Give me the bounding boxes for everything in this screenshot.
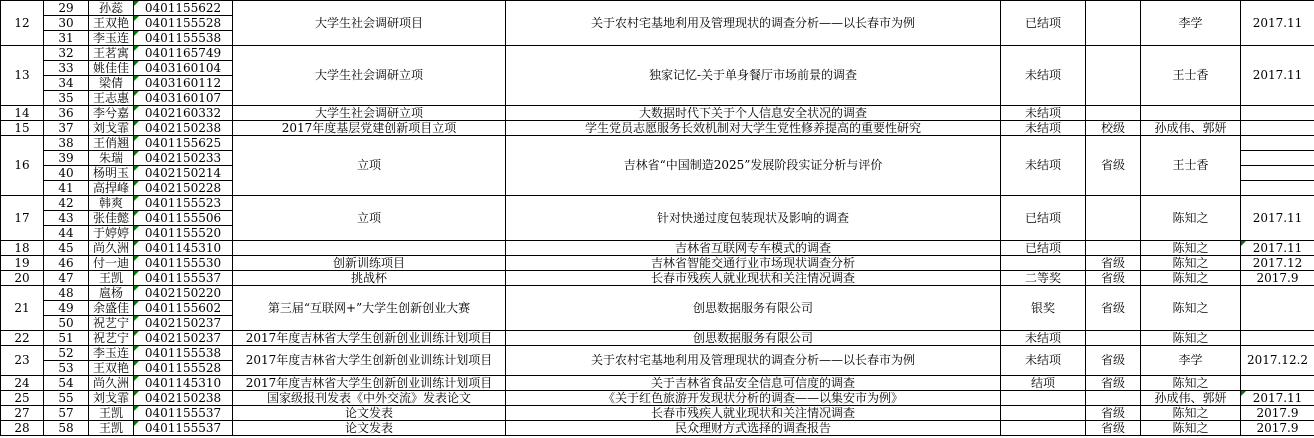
sequence-cell-text: 44 [58,226,73,240]
project-type-cell[interactable]: 论文发表 [233,421,506,436]
student-id-cell-text: 0401155528 [145,16,221,30]
spreadsheet-region: 1229孙蕊0401155622大学生社会调研项目关于农村宅基地利用及管理现状的… [0,0,1314,436]
table-row: 2555刘戈霏0402150238国家级报刊发表《中外交流》发表论文《关于红色旅… [1,391,1314,406]
level-cell[interactable] [1086,391,1141,406]
project-title-cell[interactable]: 关于农村宅基地利用及管理现状的调查分析——以长春市为例 [506,346,1001,376]
advisor-cell[interactable]: 陈知之 [1141,271,1241,286]
sequence-cell-text: 52 [58,346,73,360]
group-number-cell[interactable]: 14 [1,106,44,121]
group-number-cell[interactable]: 20 [1,271,44,286]
student-id-cell[interactable]: 0401155537 [134,421,233,436]
error-indicator-icon [134,181,139,186]
sequence-cell[interactable]: 54 [44,376,89,391]
student-id-cell-text: 0401155537 [145,406,221,420]
project-title-cell[interactable]: 创思数据服务有限公司 [506,286,1001,331]
status-cell[interactable]: 银奖 [1001,286,1086,331]
project-type-cell-text: 国家级报刊发表《中外交流》发表论文 [267,391,471,405]
sequence-cell[interactable]: 58 [44,421,89,436]
sequence-cell-text: 33 [58,61,73,75]
student-name-cell[interactable]: 李玉连 [89,31,134,46]
sequence-cell[interactable]: 30 [44,16,89,31]
status-cell-text: 结项 [1031,376,1055,390]
group-number-cell[interactable]: 17 [1,196,44,241]
group-number-cell[interactable]: 16 [1,136,44,196]
student-id-cell[interactable]: 0402150237 [134,331,233,346]
date-cell[interactable]: 2017.11 [1241,196,1314,241]
sequence-cell-text: 40 [58,166,73,180]
error-indicator-icon [134,271,139,276]
status-cell[interactable]: 未结项 [1001,331,1086,346]
student-name-cell-text: 朱瑞 [99,151,123,165]
sequence-cell[interactable]: 51 [44,331,89,346]
sequence-cell[interactable]: 46 [44,256,89,271]
student-id-cell-text: 0401155506 [145,211,221,225]
level-cell[interactable] [1086,1,1141,46]
student-name-cell[interactable]: 李玉连 [89,346,134,361]
group-number-cell-text: 20 [14,271,29,285]
sequence-cell[interactable]: 55 [44,391,89,406]
level-cell-text: 省级 [1101,376,1125,390]
advisor-cell-text: 陈知之 [1172,421,1208,435]
sequence-cell[interactable]: 37 [44,121,89,136]
advisor-cell[interactable]: 陈知之 [1141,406,1241,421]
project-title-cell-text: 关于农村宅基地利用及管理现状的调查分析——以长春市为例 [591,16,915,30]
project-type-cell[interactable]: 2017年度吉林省大学生创新创业训练计划项目 [233,346,506,376]
level-cell[interactable]: 校级 [1086,121,1141,136]
table-row: 2148扈杨0402150220第三届“互联网+”大学生创新创业大赛创思数据服务… [1,286,1314,301]
advisor-cell[interactable]: 陈知之 [1141,286,1241,331]
student-name-cell[interactable]: 扈杨 [89,286,134,301]
status-cell[interactable]: 已结项 [1001,196,1086,241]
project-type-cell-text: 论文发表 [345,406,393,420]
project-title-cell[interactable]: 长春市残疾人就业现状和关注情况调查 [506,271,1001,286]
sequence-cell-text: 54 [58,376,73,390]
sequence-cell[interactable]: 57 [44,406,89,421]
student-id-cell[interactable]: 0403160107 [134,91,233,106]
student-id-cell[interactable]: 0403160104 [134,61,233,76]
project-type-cell-text: 2017年度吉林省大学生创新创业训练计划项目 [246,376,493,390]
sequence-cell[interactable]: 49 [44,301,89,316]
project-title-cell[interactable]: 学生党员志愿服务长效机制对大学生党性修养提高的重要性研究 [506,121,1001,136]
student-id-cell[interactable]: 0401155506 [134,211,233,226]
date-cell[interactable] [1241,376,1314,391]
sequence-cell[interactable]: 44 [44,226,89,241]
project-type-cell[interactable]: 2017年度吉林省大学生创新创业训练计划项目 [233,331,506,346]
student-id-cell[interactable]: 0402150237 [134,316,233,331]
project-title-cell[interactable]: 针对快递过度包装现状及影响的调查 [506,196,1001,241]
project-type-cell-text: 立项 [357,211,381,225]
advisor-cell[interactable]: 陈知之 [1141,331,1241,346]
project-type-cell[interactable]: 大学生社会调研立项 [233,46,506,106]
status-cell[interactable] [1001,421,1086,436]
project-title-cell[interactable]: 独家记忆-关于单身餐厅市场前景的调查 [506,46,1001,106]
project-type-cell[interactable]: 2017年度基层党建创新项目立项 [233,121,506,136]
student-name-cell[interactable]: 刘戈霏 [89,391,134,406]
sequence-cell[interactable]: 29 [44,1,89,16]
date-cell-text: 2017.11 [1253,391,1303,405]
student-id-cell-text: 0402150233 [145,151,221,165]
student-name-cell-text: 杨明玉 [93,166,129,180]
level-cell-text: 校级 [1101,121,1125,135]
sequence-cell[interactable]: 52 [44,346,89,361]
student-name-cell[interactable]: 王茗寓 [89,46,134,61]
date-cell[interactable] [1241,181,1314,196]
status-cell[interactable]: 未结项 [1001,136,1086,196]
level-cell[interactable]: 省级 [1086,421,1141,436]
project-type-cell[interactable]: 挑战杯 [233,271,506,286]
sequence-cell[interactable]: 36 [44,106,89,121]
group-number-cell-text: 28 [14,421,29,435]
project-title-cell[interactable]: 大数据时代下关于个人信息安全状况的调查 [506,106,1001,121]
group-number-cell-text: 14 [14,106,29,120]
student-name-cell[interactable]: 于婷婷 [89,226,134,241]
student-name-cell[interactable]: 王凯 [89,421,134,436]
project-title-cell-text: 长春市残疾人就业现状和关注情况调查 [651,271,855,285]
group-number-cell[interactable]: 25 [1,391,44,406]
group-number-cell[interactable]: 12 [1,1,44,46]
group-number-cell-text: 25 [14,391,29,405]
error-indicator-icon [134,106,139,111]
level-cell[interactable]: 省级 [1086,136,1141,196]
group-number-cell[interactable]: 21 [1,286,44,331]
group-number-cell-text: 19 [14,256,29,270]
student-id-cell[interactable]: 0402150214 [134,166,233,181]
student-id-cell-text: 0403160107 [145,91,221,105]
sequence-cell[interactable]: 38 [44,136,89,151]
advisor-cell-text: 陈知之 [1172,406,1208,420]
status-cell[interactable] [1001,391,1086,406]
status-cell[interactable]: 已结项 [1001,1,1086,46]
advisor-cell-text: 陈知之 [1172,301,1208,315]
sequence-cell[interactable]: 53 [44,361,89,376]
student-id-cell[interactable]: 0401155523 [134,196,233,211]
student-name-cell[interactable]: 尚久洲 [89,241,134,256]
sequence-cell-text: 47 [58,271,73,285]
project-title-cell[interactable]: 民众理财方式选择的调查报告 [506,421,1001,436]
level-cell[interactable]: 省级 [1086,346,1141,376]
student-name-cell[interactable]: 王双艳 [89,16,134,31]
student-name-cell[interactable]: 孙蕊 [89,1,134,16]
level-cell[interactable] [1086,331,1141,346]
student-id-cell[interactable]: 0401155528 [134,361,233,376]
table-row: 1742韩爽0401155523立项针对快递过度包装现状及影响的调查已结项陈知之… [1,196,1314,211]
sequence-cell[interactable]: 31 [44,31,89,46]
status-cell[interactable]: 未结项 [1001,121,1086,136]
student-name-cell[interactable]: 祝艺宁 [89,316,134,331]
error-indicator-icon [134,46,139,51]
table-row: 2251祝艺宁04021502372017年度吉林省大学生创新创业训练计划项目创… [1,331,1314,346]
project-title-cell-text: 《关于红色旅游开发现状分析的调查——以集安市为例》 [603,391,903,405]
project-type-cell[interactable]: 立项 [233,196,506,241]
student-id-cell-text: 0401145310 [145,241,221,255]
status-cell-text: 已结项 [1025,211,1061,225]
project-title-cell[interactable]: 关于农村宅基地利用及管理现状的调查分析——以长春市为例 [506,1,1001,46]
status-cell[interactable]: 结项 [1001,376,1086,391]
student-name-cell-text: 王凯 [99,421,123,435]
status-cell[interactable]: 未结项 [1001,106,1086,121]
student-name-cell[interactable]: 余盛佳 [89,301,134,316]
group-number-cell-text: 13 [14,68,29,82]
student-id-cell[interactable]: 0401155530 [134,256,233,271]
date-cell[interactable] [1241,166,1314,181]
advisor-cell[interactable]: 孙成伟、郭妍 [1141,121,1241,136]
level-cell-text: 省级 [1101,271,1125,285]
advisor-cell[interactable]: 陈知之 [1141,196,1241,241]
error-indicator-icon [134,346,139,351]
status-cell[interactable]: 二等奖 [1001,271,1086,286]
student-id-cell[interactable]: 0402150228 [134,181,233,196]
level-cell[interactable] [1086,241,1141,256]
date-cell[interactable]: 2017.11 [1241,241,1314,256]
date-cell[interactable]: 2017.12 [1241,256,1314,271]
level-cell[interactable] [1086,46,1141,106]
group-number-cell[interactable]: 22 [1,331,44,346]
student-id-cell[interactable]: 0401155538 [134,346,233,361]
student-name-cell-text: 高捍峰 [93,181,129,195]
student-name-cell[interactable]: 王俏翘 [89,136,134,151]
student-id-cell[interactable]: 0401155537 [134,406,233,421]
student-id-cell-text: 0402150238 [145,121,221,135]
date-cell[interactable]: 2017.11 [1241,391,1314,406]
student-id-cell[interactable]: 0402150238 [134,391,233,406]
date-cell[interactable]: 2017.11 [1241,46,1314,106]
student-id-cell-text: 0401155538 [145,346,221,360]
project-title-cell-text: 吉林省智能交通行业市场现状调查分析 [651,256,855,270]
student-name-cell[interactable]: 杨明玉 [89,166,134,181]
project-title-cell[interactable]: 《关于红色旅游开发现状分析的调查——以集安市为例》 [506,391,1001,406]
student-name-cell[interactable]: 韩爽 [89,196,134,211]
table-row: 1845尚久洲0401145310吉林省互联网专车模式的调查已结项陈知之2017… [1,241,1314,256]
project-type-cell[interactable]: 国家级报刊发表《中外交流》发表论文 [233,391,506,406]
student-name-cell-text: 王俏翘 [93,136,129,150]
advisor-cell[interactable]: 陈知之 [1141,421,1241,436]
student-id-cell-text: 0403160112 [145,76,221,90]
sequence-cell-text: 51 [58,331,73,345]
sequence-cell[interactable]: 33 [44,61,89,76]
advisor-cell[interactable] [1141,106,1241,121]
sequence-cell-text: 55 [58,391,73,405]
advisor-cell[interactable]: 陈知之 [1141,241,1241,256]
group-number-cell[interactable]: 15 [1,121,44,136]
project-title-cell[interactable]: 吉林省“中国制造2025”发展阶段实证分析与评价 [506,136,1001,196]
level-cell[interactable]: 省级 [1086,406,1141,421]
student-id-cell-text: 0401145310 [145,376,221,390]
student-id-cell[interactable]: 0402150233 [134,151,233,166]
status-cell-text: 未结项 [1025,106,1061,120]
advisor-cell[interactable]: 王士香 [1141,46,1241,106]
student-name-cell-text: 王茗寓 [93,46,129,60]
date-cell[interactable]: 2017.9 [1241,406,1314,421]
student-name-cell-text: 梁倩 [99,76,123,90]
sequence-cell[interactable]: 45 [44,241,89,256]
project-title-cell[interactable]: 吉林省互联网专车模式的调查 [506,241,1001,256]
status-cell[interactable] [1001,256,1086,271]
table-row: 1537刘戈霏04021502382017年度基层党建创新项目立项学生党员志愿服… [1,121,1314,136]
advisor-cell[interactable]: 王士香 [1141,136,1241,196]
level-cell-text: 省级 [1101,256,1125,270]
level-cell[interactable]: 省级 [1086,271,1141,286]
project-type-cell[interactable]: 大学生社会调研立项 [233,106,506,121]
date-cell[interactable] [1241,106,1314,121]
sequence-cell[interactable]: 47 [44,271,89,286]
student-name-cell[interactable]: 张佳懿 [89,211,134,226]
advisor-cell[interactable]: 李学 [1141,346,1241,376]
student-id-cell[interactable]: 0402150238 [134,121,233,136]
sequence-cell-text: 38 [58,136,73,150]
student-id-cell[interactable]: 0401145310 [134,241,233,256]
error-indicator-icon [134,196,139,201]
date-cell[interactable] [1241,286,1314,331]
sequence-cell[interactable]: 40 [44,166,89,181]
group-number-cell[interactable]: 24 [1,376,44,391]
advisor-cell[interactable]: 李学 [1141,1,1241,46]
project-title-cell-text: 学生党员志愿服务长效机制对大学生党性修养提高的重要性研究 [585,121,921,135]
date-cell[interactable]: 2017.11 [1241,1,1314,46]
advisor-cell-text: 王士香 [1172,68,1208,82]
error-indicator-icon [134,361,139,366]
advisor-cell-text: 孙成伟、郭妍 [1154,391,1226,405]
student-id-cell[interactable]: 0401165749 [134,46,233,61]
student-name-cell[interactable]: 王志惠 [89,91,134,106]
student-name-cell-text: 尚久洲 [93,376,129,390]
advisor-cell-text: 陈知之 [1172,241,1208,255]
sequence-cell[interactable]: 43 [44,211,89,226]
student-id-cell[interactable]: 0402150220 [134,286,233,301]
student-id-cell-text: 0402160332 [145,106,221,120]
date-cell-text: 2017.9 [1257,421,1299,435]
student-name-cell[interactable]: 高捍峰 [89,181,134,196]
student-name-cell[interactable]: 祝艺宁 [89,331,134,346]
error-indicator-icon [134,61,139,66]
project-title-cell[interactable]: 创思数据服务有限公司 [506,331,1001,346]
advisor-cell-text: 李学 [1178,353,1202,367]
sequence-cell[interactable]: 42 [44,196,89,211]
project-type-cell[interactable]: 创新训练项目 [233,256,506,271]
project-title-cell[interactable]: 吉林省智能交通行业市场现状调查分析 [506,256,1001,271]
status-cell[interactable] [1001,406,1086,421]
student-name-cell[interactable]: 姚佳佳 [89,61,134,76]
student-name-cell[interactable]: 朱瑞 [89,151,134,166]
level-cell-text: 省级 [1101,353,1125,367]
student-name-cell[interactable]: 刘戈霏 [89,121,134,136]
level-cell[interactable]: 省级 [1086,376,1141,391]
sequence-cell-text: 34 [58,76,73,90]
student-name-cell[interactable]: 梁倩 [89,76,134,91]
student-id-cell[interactable]: 0401155602 [134,301,233,316]
date-cell[interactable] [1241,331,1314,346]
student-id-cell[interactable]: 0401145310 [134,376,233,391]
student-id-cell-text: 0401155537 [145,421,221,435]
student-id-cell-text: 0402150214 [145,166,221,180]
group-number-cell[interactable]: 13 [1,46,44,106]
student-id-cell-text: 0401155520 [145,226,221,240]
group-number-cell[interactable]: 23 [1,346,44,376]
error-indicator-icon [134,76,139,81]
status-cell[interactable]: 已结项 [1001,241,1086,256]
project-title-cell[interactable]: 关于吉林省食品安全信息可信度的调查 [506,376,1001,391]
project-type-cell[interactable]: 论文发表 [233,406,506,421]
student-name-cell[interactable]: 李兮嘉 [89,106,134,121]
sequence-cell[interactable]: 39 [44,151,89,166]
student-id-cell-text: 0401155602 [145,301,221,315]
date-cell[interactable] [1241,136,1314,151]
student-id-cell[interactable]: 0403160112 [134,76,233,91]
student-id-cell[interactable]: 0401155622 [134,1,233,16]
student-id-cell[interactable]: 0401155625 [134,136,233,151]
advisor-cell[interactable]: 孙成伟、郭妍 [1141,391,1241,406]
student-id-cell[interactable]: 0401155537 [134,271,233,286]
student-name-cell[interactable]: 尚久洲 [89,376,134,391]
sequence-cell-text: 35 [58,91,73,105]
group-number-cell[interactable]: 19 [1,256,44,271]
sequence-cell-text: 29 [58,1,73,15]
student-id-cell-text: 0401155537 [145,271,221,285]
status-cell[interactable]: 未结项 [1001,46,1086,106]
level-cell[interactable] [1086,196,1141,241]
student-id-cell-text: 0402150237 [145,331,221,345]
sequence-cell[interactable]: 48 [44,286,89,301]
level-cell[interactable]: 省级 [1086,256,1141,271]
student-name-cell[interactable]: 王双艳 [89,361,134,376]
student-name-cell[interactable]: 王凯 [89,271,134,286]
student-name-cell-text: 李兮嘉 [93,106,129,120]
group-number-cell[interactable]: 28 [1,421,44,436]
date-cell[interactable] [1241,151,1314,166]
sequence-cell[interactable]: 32 [44,46,89,61]
advisor-cell[interactable]: 陈知之 [1141,256,1241,271]
student-name-cell-text: 王志惠 [93,91,129,105]
status-cell[interactable]: 未结项 [1001,346,1086,376]
group-number-cell[interactable]: 27 [1,406,44,421]
date-cell[interactable] [1241,121,1314,136]
project-type-cell[interactable]: 2017年度吉林省大学生创新创业训练计划项目 [233,376,506,391]
student-name-cell[interactable]: 付一迪 [89,256,134,271]
student-id-cell[interactable]: 0401155528 [134,16,233,31]
status-cell-text: 二等奖 [1025,271,1061,285]
level-cell[interactable]: 省级 [1086,286,1141,331]
error-indicator-icon [134,406,139,411]
date-cell[interactable]: 2017.12.2 [1241,346,1314,376]
error-indicator-icon [134,421,139,426]
date-cell[interactable]: 2017.9 [1241,421,1314,436]
project-title-cell[interactable]: 长春市残疾人就业现状和关注情况调查 [506,406,1001,421]
error-indicator-icon [134,226,139,231]
status-cell-text: 未结项 [1025,353,1061,367]
student-id-cell[interactable]: 0401155520 [134,226,233,241]
student-id-cell[interactable]: 0402160332 [134,106,233,121]
project-type-cell[interactable]: 第三届“互联网+”大学生创新创业大赛 [233,286,506,331]
project-type-cell[interactable] [233,241,506,256]
student-name-cell[interactable]: 王凯 [89,406,134,421]
error-indicator-icon [134,211,139,216]
table-row: 1946付一迪0401155530创新训练项目吉林省智能交通行业市场现状调查分析… [1,256,1314,271]
student-id-cell[interactable]: 0401155538 [134,31,233,46]
status-cell-text: 已结项 [1025,241,1061,255]
sequence-cell[interactable]: 41 [44,181,89,196]
project-type-cell[interactable]: 立项 [233,136,506,196]
level-cell[interactable] [1086,106,1141,121]
sequence-cell[interactable]: 34 [44,76,89,91]
advisor-cell[interactable]: 陈知之 [1141,376,1241,391]
date-cell[interactable]: 2017.9 [1241,271,1314,286]
group-number-cell[interactable]: 18 [1,241,44,256]
sequence-cell[interactable]: 35 [44,91,89,106]
sequence-cell-text: 45 [58,241,73,255]
project-type-cell[interactable]: 大学生社会调研项目 [233,1,506,46]
student-name-cell-text: 祝艺宁 [93,331,129,345]
group-number-cell-text: 27 [14,406,29,420]
sequence-cell[interactable]: 50 [44,316,89,331]
